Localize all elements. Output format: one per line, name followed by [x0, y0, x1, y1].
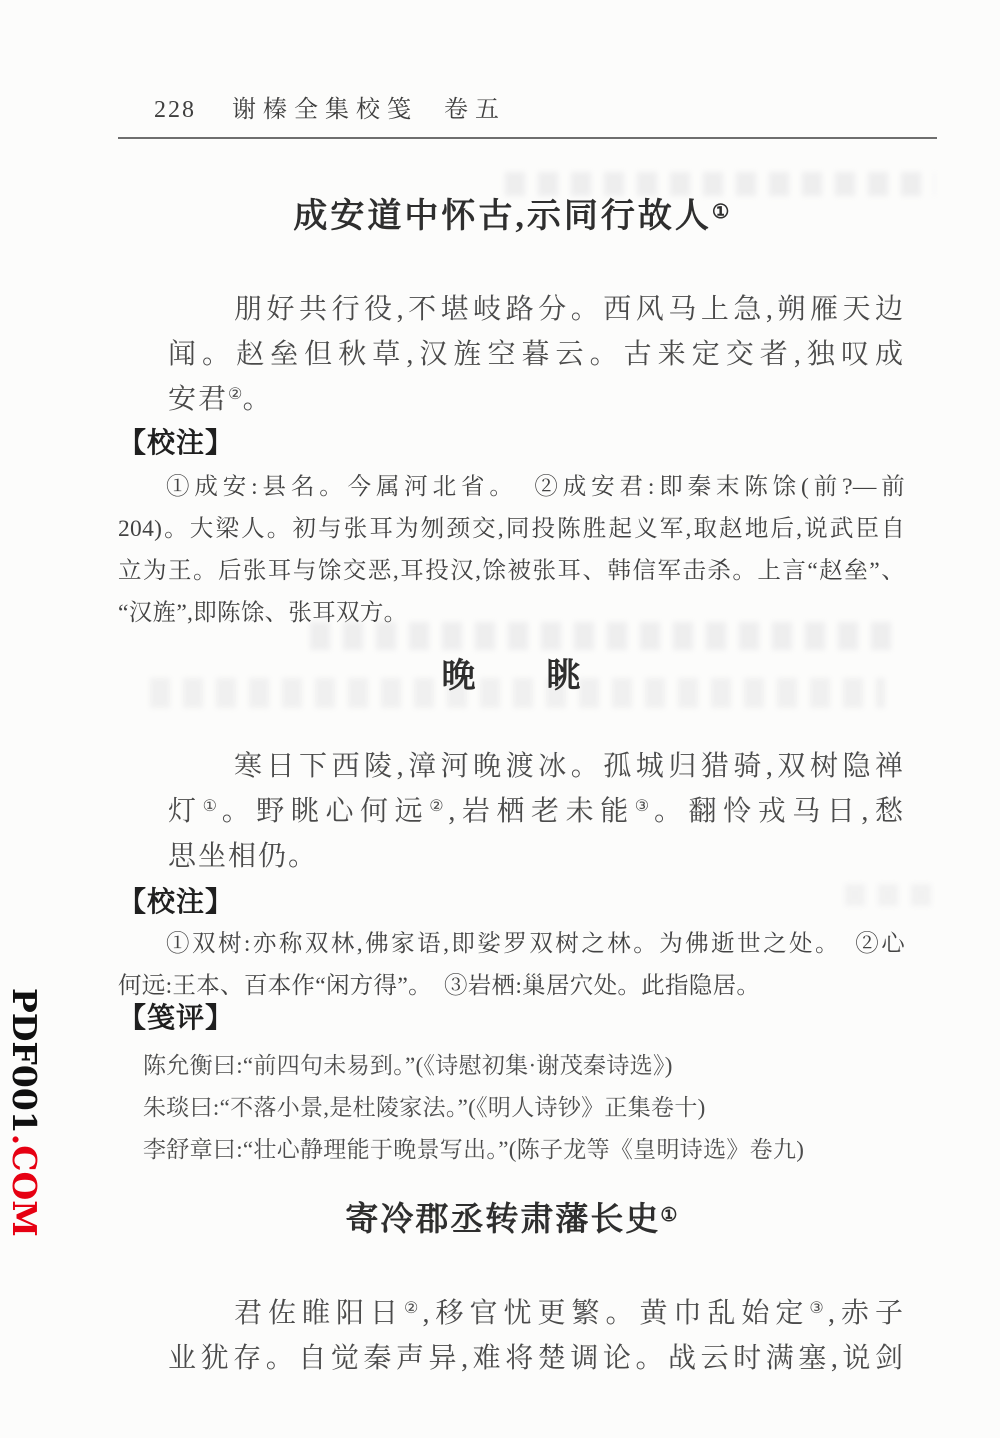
header-rule — [118, 137, 937, 139]
circled-note-number: ③ — [809, 1299, 828, 1317]
jiaozhu-body-2: ①双树:亦称双林,佛家语,即娑罗双树之林。为佛逝世之处。 ②心何远:王本、百本作… — [118, 923, 905, 1007]
circled-note-number: ③ — [635, 797, 654, 815]
poem-line: 朋好共行役,不堪岐路分。西风马上急,朔雁天边 — [168, 287, 905, 332]
poem2-body: 寒日下西陵,漳河晚渡冰。孤城归猎骑,双树隐禅灯①。野眺心何远②,岩栖老未能③。翻… — [168, 744, 905, 879]
poem1-title: 成安道中怀古,示同行故人① — [118, 195, 905, 239]
poem2-title: 晚 眺 — [118, 654, 905, 700]
note-line: ①成安:县名。今属河北省。 ②成安君:即秦末陈馀(前?—前 — [118, 466, 905, 508]
commentary-line: 李舒章曰:“壮心静理能于晚景写出。”(陈子龙等《皇明诗选》卷九) — [143, 1129, 905, 1171]
scanned-book-page: 228 谢榛全集校笺 卷五 成安道中怀古,示同行故人① 朋好共行役,不堪岐路分。… — [0, 0, 1000, 1438]
circled-note-number: ① — [660, 1205, 677, 1226]
watermark-red-part: .COM — [5, 1134, 44, 1237]
circled-note-number: ② — [228, 385, 243, 403]
poem-line: 君佐睢阳日②,移官忧更繁。黄巾乱始定③,赤子 — [168, 1291, 905, 1336]
watermark-black-part: PDF001 — [5, 988, 44, 1134]
jiaozhu-label-2: 【校注】 — [118, 883, 905, 923]
poem-line: 安君②。 — [168, 377, 905, 422]
page-content: 228 谢榛全集校笺 卷五 成安道中怀古,示同行故人① 朋好共行役,不堪岐路分。… — [118, 0, 905, 1381]
watermark: PDF001.COM — [5, 988, 44, 1237]
poem-line: 寒日下西陵,漳河晚渡冰。孤城归猎骑,双树隐禅 — [168, 744, 905, 789]
page-number: 228 — [154, 96, 196, 124]
poem-line: 闻。赵垒但秋草,汉旌空暮云。古来定交者,独叹成 — [168, 332, 905, 377]
poem3-title: 寄冷郡丞转肃藩长史① — [118, 1197, 905, 1243]
jiaozhu-label-1: 【校注】 — [118, 424, 905, 464]
poem-line: 业犹存。自觉秦声异,难将楚调论。战云时满塞,说剑 — [168, 1336, 905, 1381]
note-line: “汉旌”,即陈馀、张耳双方。 — [118, 592, 905, 634]
circled-note-number: ② — [404, 1299, 423, 1317]
note-line: ①双树:亦称双林,佛家语,即娑罗双树之林。为佛逝世之处。 ②心 — [118, 923, 905, 965]
volume-label: 卷五 — [444, 96, 506, 124]
jiaozhu-body-1: ①成安:县名。今属河北省。 ②成安君:即秦末陈馀(前?—前204)。大梁人。初与… — [118, 466, 905, 634]
circled-note-number: ① — [712, 201, 730, 223]
commentary-line: 陈允衡曰:“前四句未易到。”(《诗慰初集·谢茂秦诗选》) — [143, 1045, 905, 1087]
poem1-body: 朋好共行役,不堪岐路分。西风马上急,朔雁天边闻。赵垒但秋草,汉旌空暮云。古来定交… — [168, 287, 905, 422]
circled-note-number: ① — [203, 797, 222, 815]
note-line: 204)。大梁人。初与张耳为刎颈交,同投陈胜起义军,取赵地后,说武臣自 — [118, 508, 905, 550]
book-title: 谢榛全集校笺 — [232, 96, 418, 124]
note-line: 立为王。后张耳与馀交恶,耳投汉,馀被张耳、韩信军击杀。上言“赵垒”、 — [118, 550, 905, 592]
commentary-line: 朱琰曰:“不落小景,是杜陵家法。”(《明人诗钞》正集卷十) — [143, 1087, 905, 1129]
poem3-body: 君佐睢阳日②,移官忧更繁。黄巾乱始定③,赤子业犹存。自觉秦声异,难将楚调论。战云… — [168, 1291, 905, 1381]
poem-line: 灯①。野眺心何远②,岩栖老未能③。翻怜戎马日,愁 — [168, 789, 905, 834]
running-head: 228 谢榛全集校笺 卷五 — [118, 96, 905, 124]
circled-note-number: ② — [429, 797, 448, 815]
jianping-body: 陈允衡曰:“前四句未易到。”(《诗慰初集·谢茂秦诗选》)朱琰曰:“不落小景,是杜… — [143, 1045, 905, 1171]
poem-line: 思坐相仍。 — [168, 834, 905, 879]
